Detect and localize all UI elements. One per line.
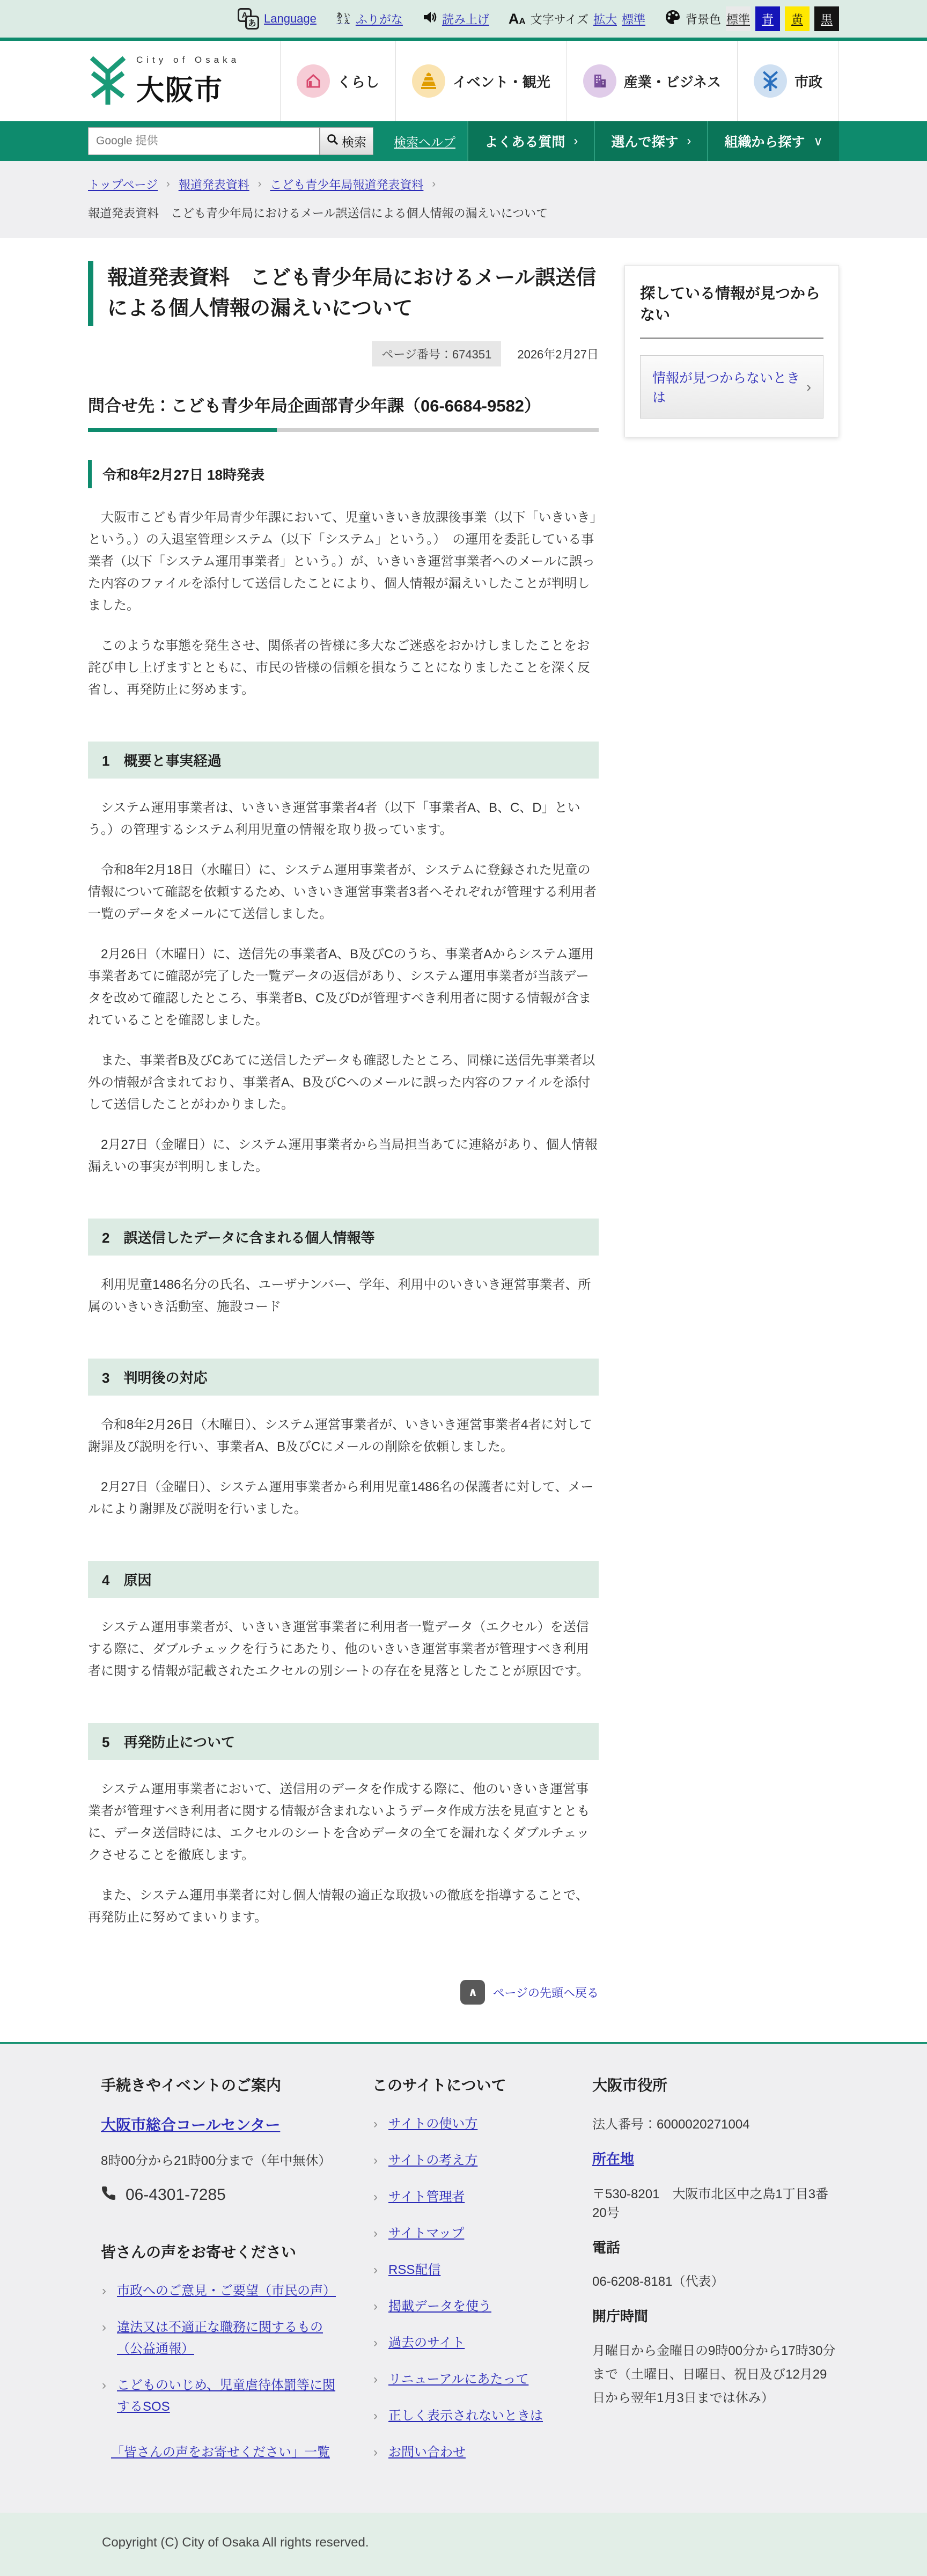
nav-kurashi-label: くらし xyxy=(337,71,379,91)
voice-list-link[interactable]: 「皆さんの声をお寄せください」一覧 xyxy=(111,2445,330,2460)
copyright-text: Copyright (C) City of Osaka All rights r… xyxy=(88,2535,839,2550)
breadcrumb-current: 報道発表資料 こども青少年局におけるメール誤送信による個人情報の漏えいについて xyxy=(88,204,839,221)
section-heading: 1 概要と事実経過 xyxy=(88,742,599,779)
section-heading: 4 原因 xyxy=(88,1561,599,1598)
call-center-link[interactable]: 大阪市総合コールセンター xyxy=(101,2113,280,2135)
font-size-label: 文字サイズ xyxy=(531,11,588,27)
nav-shisei[interactable]: 市政 xyxy=(737,41,839,121)
page-title-block: 報道発表資料 こども青少年局におけるメール誤送信による個人情報の漏えいについて xyxy=(88,261,599,326)
language-label: Language xyxy=(264,12,317,26)
search-input[interactable] xyxy=(88,127,320,155)
contact-underline xyxy=(88,428,599,432)
palette-icon xyxy=(665,9,681,28)
chevron-right-icon: › xyxy=(573,134,578,149)
section-paragraph: システム運用事業者は、いきいき運営事業者4者（以下「事業者A、B、C、D」という… xyxy=(88,797,599,841)
footer-link[interactable]: 違法又は不適正な職務に関するもの（公益通報） xyxy=(117,2320,323,2356)
read-aloud-link[interactable]: 読み上げ xyxy=(422,10,489,28)
section-paragraph: 2月26日（木曜日）に、送信先の事業者A、B及びCのうち、事業者Aからシステム運… xyxy=(88,943,599,1031)
breadcrumb-press[interactable]: 報道発表資料 xyxy=(179,176,249,193)
footer-about-column: このサイトについて サイトの使い方 サイトの考え方 サイト管理者 サイトマップ … xyxy=(372,2074,560,2478)
section-paragraph: 2月27日（金曜日）に、システム運用事業者から当局担当あてに連絡があり、個人情報… xyxy=(88,1134,599,1178)
footer-link[interactable]: サイトマップ xyxy=(388,2226,464,2241)
chevron-right-icon: › xyxy=(166,178,170,190)
section-paragraph: 令和8年2月26日（木曜日）、システム運営事業者が、いきいき運営事業者4者に対し… xyxy=(88,1414,599,1458)
call-center-phone: 06-4301-7285 xyxy=(126,2186,226,2204)
font-expand-link[interactable]: 拡大 xyxy=(593,11,617,27)
section-heading: 3 判明後の対応 xyxy=(88,1359,599,1396)
footer-link[interactable]: リニューアルにあたって xyxy=(388,2372,528,2387)
corporate-number: 法人番号：6000020271004 xyxy=(592,2113,839,2132)
not-found-box: 探している情報が見つからない 情報が見つからないときは › xyxy=(624,265,839,437)
section-cause: 4 原因 システム運用事業者が、いきいき運営事業者に利用者一覧データ（エクセル）… xyxy=(88,1561,599,1682)
breadcrumb: トップページ › 報道発表資料 › こども青少年局報道発表資料 › 報道発表資料… xyxy=(0,161,927,238)
sidebar: 探している情報が見つからない 情報が見つからないときは › xyxy=(624,261,839,2042)
sidebar-heading: 探している情報が見つからない xyxy=(640,282,823,325)
city-emblem-icon xyxy=(88,55,128,107)
building-icon xyxy=(583,64,616,98)
font-standard-link[interactable]: 標準 xyxy=(622,11,645,27)
phone-icon xyxy=(101,2185,117,2205)
sidebar-divider xyxy=(640,337,823,339)
furigana-link[interactable]: あいうえ ふりがな xyxy=(336,11,403,27)
language-link[interactable]: Aあ Language xyxy=(238,8,317,30)
footer-about-heading: このサイトについて xyxy=(372,2074,560,2095)
search-bar: 検索 検索ヘルプ よくある質問 › 選んで探す › 組織から探す ∨ xyxy=(0,121,927,161)
breadcrumb-home[interactable]: トップページ xyxy=(88,176,158,193)
footer-link[interactable]: RSS配信 xyxy=(388,2263,440,2277)
font-size-icon xyxy=(509,11,526,27)
section-paragraph: システム運用事業者が、いきいき運営事業者に利用者一覧データ（エクセル）を送信する… xyxy=(88,1616,599,1682)
read-aloud-label: 読み上げ xyxy=(442,11,489,27)
bg-yellow-button[interactable]: 黄 xyxy=(785,6,810,31)
bg-color-label: 背景色 xyxy=(686,11,721,27)
speaker-icon xyxy=(422,10,437,28)
section-heading: 5 再発防止について xyxy=(88,1723,599,1760)
logo-subtitle: City of Osaka xyxy=(136,55,240,65)
address-text: 〒530-8201 大阪市北区中之島1丁目3番20号 xyxy=(592,2183,839,2221)
section-paragraph: また、システム運用事業者に対し個人情報の適正な取扱いの徹底を指導することで、再発… xyxy=(88,1884,599,1928)
footer-link[interactable]: 過去のサイト xyxy=(388,2336,465,2350)
chevron-right-icon: › xyxy=(806,379,811,395)
page-number-badge: ページ番号：674351 xyxy=(372,341,501,366)
furigana-label: ふりがな xyxy=(356,11,403,27)
section-paragraph: 2月27日（金曜日）、システム運用事業者から利用児童1486名の保護者に対して、… xyxy=(88,1476,599,1520)
breadcrumb-bureau-press[interactable]: こども青少年局報道発表資料 xyxy=(270,176,423,193)
furigana-icon: あいうえ xyxy=(336,13,351,25)
bg-black-button[interactable]: 黒 xyxy=(814,6,839,31)
section-response: 3 判明後の対応 令和8年2月26日（木曜日）、システム運営事業者が、いきいき運… xyxy=(88,1359,599,1520)
nav-event-label: イベント・観光 xyxy=(453,71,550,91)
back-to-top-button[interactable]: ∧ xyxy=(460,1980,485,2005)
footer-guide-column: 手続きやイベントのご案内 大阪市総合コールセンター 8時00分から21時00分ま… xyxy=(88,2074,340,2478)
city-mark-icon xyxy=(754,64,787,98)
footer-cityhall-column: 大阪市役所 法人番号：6000020271004 所在地 〒530-8201 大… xyxy=(592,2074,839,2478)
nav-sangyo-label: 産業・ビジネス xyxy=(624,71,721,91)
footer-link[interactable]: サイト管理者 xyxy=(388,2190,465,2204)
tel-number: 06-6208-8181（代表） xyxy=(592,2271,839,2289)
chevron-right-icon: › xyxy=(432,178,436,190)
section-heading: 2 誤送信したデータに含まれる個人情報等 xyxy=(88,1219,599,1256)
global-nav: くらし イベント・観光 産業・ビジネス 市政 xyxy=(280,41,839,121)
publish-date: 2026年2月27日 xyxy=(517,346,599,362)
chevron-right-icon: › xyxy=(258,178,262,190)
arrow-up-icon: ∧ xyxy=(468,1985,478,1999)
footer-link[interactable]: お問い合わせ xyxy=(388,2445,466,2460)
nav-sangyo-business[interactable]: 産業・ビジネス xyxy=(566,41,737,121)
utility-bar: Aあ Language あいうえ ふりがな 読み上げ 文字サイズ 拡大 標準 背… xyxy=(0,0,927,38)
footer-link[interactable]: 正しく表示されないときは xyxy=(388,2409,543,2423)
footer-link[interactable]: こどものいじめ、児童虐待体罰等に関するSOS xyxy=(117,2378,335,2414)
bg-blue-button[interactable]: 青 xyxy=(755,6,780,31)
chevron-right-icon: › xyxy=(687,134,691,149)
section-prevention: 5 再発防止について システム運用事業者において、送信用のデータを作成する際に、… xyxy=(88,1723,599,1928)
house-icon xyxy=(297,64,330,98)
city-hall-heading: 大阪市役所 xyxy=(592,2074,839,2095)
search-help-link[interactable]: 検索ヘルプ xyxy=(394,133,455,150)
office-hours-label: 開庁時間 xyxy=(592,2306,839,2325)
section-leaked-info: 2 誤送信したデータに含まれる個人情報等 利用児童1486名分の氏名、ユーザナン… xyxy=(88,1219,599,1318)
intro-paragraph: 大阪市こども青少年局青少年課において、児童いきいき放課後事業（以下「いきいき」と… xyxy=(88,507,599,617)
select-search-button[interactable]: 選んで探す › xyxy=(594,121,707,161)
search-button[interactable]: 検索 xyxy=(320,127,373,155)
footer-link[interactable]: 掲載データを使う xyxy=(388,2299,491,2314)
release-datetime: 令和8年2月27日 18時発表 xyxy=(88,460,599,488)
translate-icon: Aあ xyxy=(238,8,259,30)
info-not-found-button[interactable]: 情報が見つからないときは › xyxy=(640,355,823,419)
footer-link[interactable]: サイトの考え方 xyxy=(388,2153,477,2168)
site-footer: 手続きやイベントのご案内 大阪市総合コールセンター 8時00分から21時00分ま… xyxy=(0,2042,927,2513)
contact-heading: 問合せ先：こども青少年局企画部青少年課（06-6684-9582） xyxy=(88,392,599,416)
search-button-label: 検索 xyxy=(342,133,366,150)
nav-shisei-label: 市政 xyxy=(794,71,822,91)
tel-label: 電話 xyxy=(592,2237,839,2257)
footer-link[interactable]: サイトの使い方 xyxy=(388,2117,477,2131)
section-paragraph: また、事業者B及びCあてに送信したデータも確認したところ、同様に送信先事業者以外… xyxy=(88,1050,599,1115)
chevron-down-icon: ∨ xyxy=(813,134,823,149)
section-overview: 1 概要と事実経過 システム運用事業者は、いきいき運営事業者4者（以下「事業者A… xyxy=(88,742,599,1178)
search-icon xyxy=(327,134,339,149)
back-to-top-link[interactable]: ページの先頭へ戻る xyxy=(492,1984,599,2001)
footer-voice-heading: 皆さんの声をお寄せください xyxy=(101,2241,340,2262)
office-hours-text: 月曜日から金曜日の9時00分から17時30分まで（土曜日、日曜日、祝日及び12月… xyxy=(592,2339,839,2410)
footer-link[interactable]: 市政へのご意見・ご要望（市民の声） xyxy=(117,2284,336,2298)
logo-title: 大阪市 xyxy=(136,68,240,108)
call-center-hours: 8時00分から21時00分まで（年中無休） xyxy=(101,2150,340,2169)
copyright-bar: Copyright (C) City of Osaka All rights r… xyxy=(0,2513,927,2576)
faq-button[interactable]: よくある質問 › xyxy=(467,121,594,161)
section-paragraph: 利用児童1486名分の氏名、ユーザナンバー、学年、利用中のいきいき運営事業者、所… xyxy=(88,1274,599,1318)
intro-paragraph: このような事態を発生させ、関係者の皆様に多大なご迷惑をおかけしましたことをお詫び… xyxy=(88,635,599,701)
section-paragraph: システム運用事業者において、送信用のデータを作成する際に、他のいきいき運営事業者… xyxy=(88,1778,599,1866)
footer-guide-heading: 手続きやイベントのご案内 xyxy=(101,2074,340,2095)
address-link[interactable]: 所在地 xyxy=(592,2148,634,2168)
page-title: 報道発表資料 こども青少年局におけるメール誤送信による個人情報の漏えいについて xyxy=(107,263,599,324)
nav-event-kanko[interactable]: イベント・観光 xyxy=(395,41,566,121)
org-search-button[interactable]: 組織から探す ∨ xyxy=(707,121,839,161)
nav-kurashi[interactable]: くらし xyxy=(280,41,395,121)
osaka-city-logo[interactable]: City of Osaka 大阪市 xyxy=(88,55,240,108)
section-paragraph: 令和8年2月18日（水曜日）に、システム運用事業者が、システムに登録された児童の… xyxy=(88,859,599,925)
article: 報道発表資料 こども青少年局におけるメール誤送信による個人情報の漏えいについて … xyxy=(88,261,599,2042)
castle-icon xyxy=(412,64,445,98)
bg-standard-button[interactable]: 標準 xyxy=(726,6,751,31)
site-header: City of Osaka 大阪市 くらし イベント・観光 xyxy=(0,38,927,121)
